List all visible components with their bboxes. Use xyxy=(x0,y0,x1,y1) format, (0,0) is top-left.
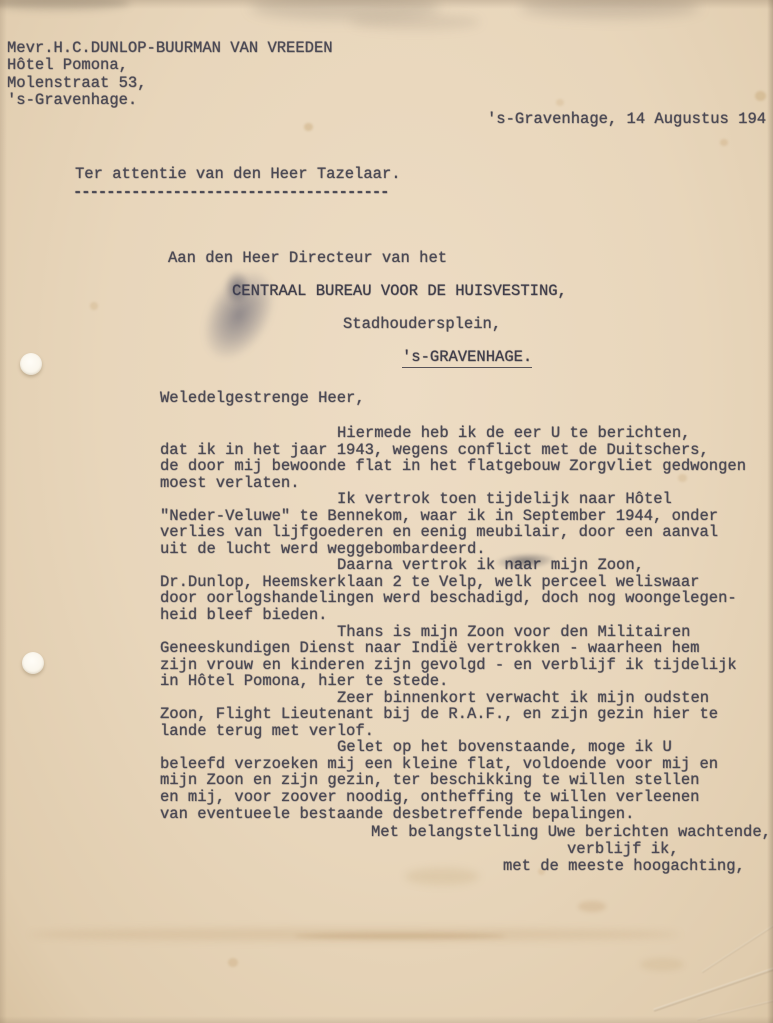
body-paragraph: Daarna vertrok ik naar mijn Zoon,Dr.Dunl… xyxy=(160,557,773,623)
closing-line-2: verblijf ik, xyxy=(567,840,679,858)
salutation: Weledelgestrenge Heer, xyxy=(160,389,365,407)
text-line: Thans is mijn Zoon voor den Militairen xyxy=(160,624,773,641)
body-paragraph: Ik vertrok toen tijdelijk naar Hôtel"Ned… xyxy=(160,491,773,557)
attention-underline: -------------------------------------- xyxy=(73,183,388,201)
text-line: moest verlaten. xyxy=(160,475,773,492)
recipient-line-1: Aan den Heer Directeur van het xyxy=(168,249,447,267)
stain-top xyxy=(350,14,480,30)
recipient-line-4: 's-GRAVENHAGE. xyxy=(402,348,532,368)
stain-bottom xyxy=(405,868,479,885)
text-line: "Neder-Veluwe" te Bennekom, waar ik in S… xyxy=(160,508,773,525)
body-paragraph: Gelet op het bovenstaande, moge ik Ubele… xyxy=(160,739,773,822)
stain-corner xyxy=(0,0,130,10)
text-line: door oorlogshandelingen werd beschadigd,… xyxy=(160,590,773,607)
fold-line-stain xyxy=(30,928,680,941)
paper-fleck xyxy=(90,302,98,310)
text-line: 's-Gravenhage. xyxy=(7,92,333,109)
closing-line-3: met de meeste hoogachting, xyxy=(503,857,745,875)
text-line: Dr.Dunlop, Heemskerklaan 2 te Velp, welk… xyxy=(160,574,773,591)
letter-body: Hiermede heb ik de eer U te berichten,da… xyxy=(160,425,773,822)
recipient-line-2: CENTRAAL BUREAU VOOR DE HUISVESTING, xyxy=(232,282,567,300)
paper-crease xyxy=(697,997,773,1021)
text-line: Mevr.H.C.DUNLOP-BUURMAN VAN VREEDEN xyxy=(7,40,333,57)
paper-fleck xyxy=(228,958,238,967)
text-line: dat ik in het jaar 1943, wegens conflict… xyxy=(160,442,773,459)
paper-fleck xyxy=(304,123,313,131)
body-paragraph: Zeer binnenkort verwacht ik mijn oudsten… xyxy=(160,690,773,740)
text-line: Daarna vertrok ik naar mijn Zoon, xyxy=(160,557,773,574)
stain-top xyxy=(520,0,700,18)
letter-scan-page: Mevr.H.C.DUNLOP-BUURMAN VAN VREEDENHôtel… xyxy=(0,0,773,1023)
text-line: lande terug met verlof. xyxy=(160,723,773,740)
fold-line-stain xyxy=(295,933,505,939)
text-line: Zoon, Flight Lieutenant bij de R.A.F., e… xyxy=(160,706,773,723)
text-line: beleefd verzoeken mij een kleine flat, v… xyxy=(160,756,773,773)
date-line: 's-Gravenhage, 14 Augustus 194 xyxy=(487,110,766,128)
text-line: mijn Zoon en zijn gezin, ter beschikking… xyxy=(160,772,773,789)
text-line: verlies van lijfgoederen en eenig meubil… xyxy=(160,524,773,541)
stain-bottom xyxy=(640,958,684,971)
paper-fleck xyxy=(720,139,728,146)
text-line: van eventueele bestaande desbetreffende … xyxy=(160,806,773,823)
paper-crease xyxy=(653,963,773,1011)
text-line: de door mij bewoonde flat in het flatgeb… xyxy=(160,458,773,475)
text-line: Ik vertrok toen tijdelijk naar Hôtel xyxy=(160,491,773,508)
sender-address-block: Mevr.H.C.DUNLOP-BUURMAN VAN VREEDENHôtel… xyxy=(7,40,333,109)
ink-smudge xyxy=(188,257,290,373)
paper-fleck xyxy=(556,99,564,106)
stain-top xyxy=(250,0,440,20)
text-line: zijn vrouw en kinderen zijn gevolgd - en… xyxy=(160,657,773,674)
paper-crease xyxy=(702,917,773,973)
text-line: Gelet op het bovenstaande, moge ik U xyxy=(160,739,773,756)
punch-hole-top xyxy=(20,353,42,375)
text-line: uit de lucht werd weggebombardeerd. xyxy=(160,541,773,558)
text-line: heid bleef bieden. xyxy=(160,607,773,624)
body-paragraph: Thans is mijn Zoon voor den MilitairenGe… xyxy=(160,624,773,690)
recipient-city-underlined: 's-GRAVENHAGE. xyxy=(402,348,532,368)
text-line: Hôtel Pomona, xyxy=(7,57,333,74)
text-line: Hiermede heb ik de eer U te berichten, xyxy=(160,425,773,442)
stain-bottom xyxy=(578,901,606,912)
text-line: Geneeskundigen Dienst naar Indië vertrok… xyxy=(160,640,773,657)
paper-fleck xyxy=(755,91,766,101)
punch-hole-bottom xyxy=(22,652,44,674)
text-line: Zeer binnenkort verwacht ik mijn oudsten xyxy=(160,690,773,707)
attention-line: Ter attentie van den Heer Tazelaar. xyxy=(75,165,401,183)
closing-line-1: Met belangstelling Uwe berichten wachten… xyxy=(371,823,771,841)
text-line: Molenstraat 53, xyxy=(7,75,333,92)
recipient-line-3: Stadhoudersplein, xyxy=(343,315,501,333)
text-line: in Hôtel Pomona, hier te stede. xyxy=(160,673,773,690)
body-paragraph: Hiermede heb ik de eer U te berichten,da… xyxy=(160,425,773,491)
text-line: en mij, voor zoover noodig, ontheffing t… xyxy=(160,789,773,806)
